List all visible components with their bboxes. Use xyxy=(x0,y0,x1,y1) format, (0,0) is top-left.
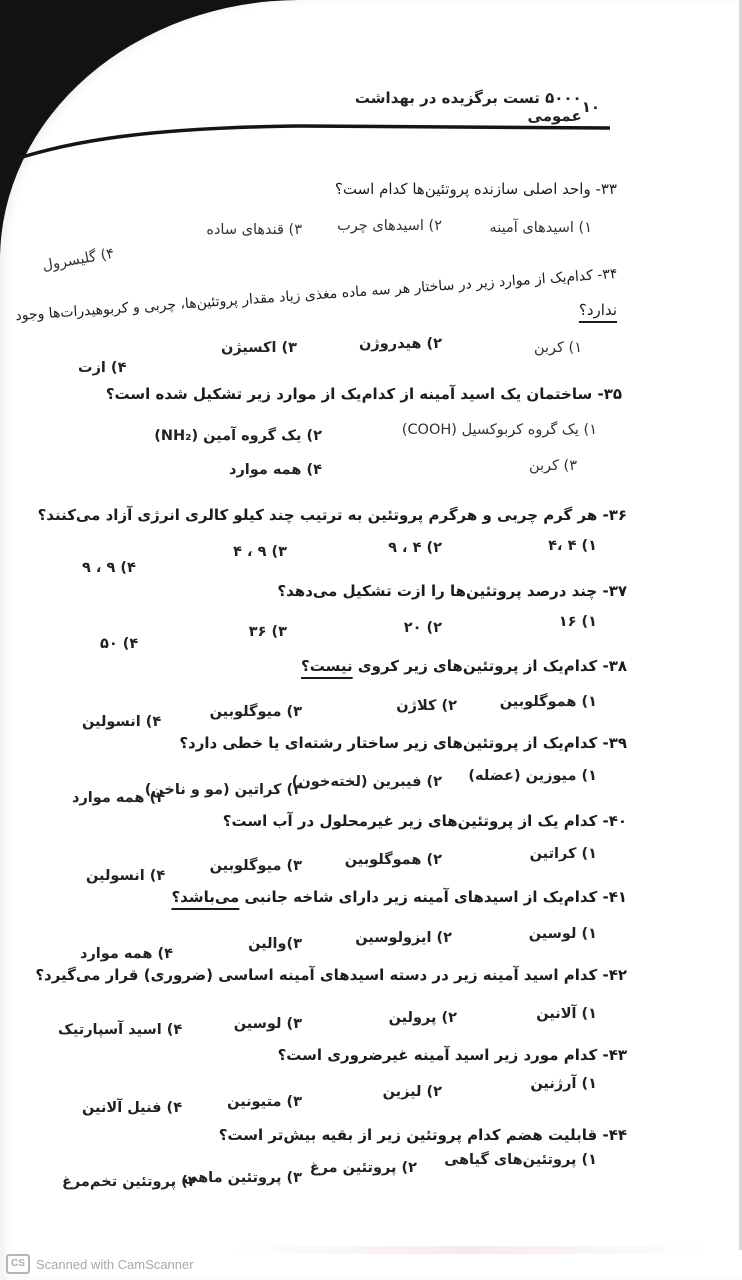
question-emphasis: می‌باشد؟ xyxy=(171,888,239,906)
option-1: ۱) لوسین xyxy=(529,926,597,942)
option-3: ۳)والین xyxy=(248,936,302,952)
option-2: ۲) فیبرین (لخته‌خون) xyxy=(292,774,442,790)
option-2: ۲) هیدروژن xyxy=(359,336,442,352)
option-2: ۲) ایزولوسین xyxy=(355,930,452,946)
option-3: ۳) اکسیژن xyxy=(221,340,297,356)
question-34-continuation: ندارد؟ xyxy=(579,300,617,319)
option-1: ۱) هموگلوبین xyxy=(500,694,597,710)
option-2: ۲) یک گروه آمین (NH₂) xyxy=(154,428,322,444)
option-4: ۴) همه موارد xyxy=(72,790,165,806)
option-1: ۱) ۴ ،۴ xyxy=(548,538,597,554)
question-43: ۴۳- کدام مورد زیر اسید آمینه غیرضروری اس… xyxy=(278,1046,627,1064)
option-1: ۱) کراتین xyxy=(530,846,597,862)
question-44: ۴۴- قابلیت هضم کدام پروتئین زیر از بقیه … xyxy=(219,1126,627,1144)
question-text: ۳۶- هر گرم چربی و هرگرم پروتئین به ترتیب… xyxy=(38,506,627,524)
option-4: ۴) همه موارد xyxy=(229,462,322,478)
question-text-cont: ندارد؟ xyxy=(579,301,617,319)
option-2: ۲) کلاژن xyxy=(396,698,457,714)
option-4: ۴) ۹ ، ۹ xyxy=(82,560,136,576)
question-41: ۴۱- کدام‌یک از اسیدهای آمینه زیر دارای ش… xyxy=(171,888,627,906)
book-title: ۵۰۰۰ تست برگزیده در بهداشت عمومی xyxy=(300,89,582,125)
question-text: ۳۳- واحد اصلی سازنده پروتئین‌ها کدام است… xyxy=(335,180,617,198)
option-4: ۴) اسید آسپارتیک xyxy=(58,1022,182,1038)
option-3: ۳) قندهای ساده xyxy=(206,222,302,238)
option-4: ۴) همه موارد xyxy=(80,946,173,962)
option-3: ۳) متیونین xyxy=(227,1094,302,1110)
scan-artifact xyxy=(230,1246,710,1254)
header-curved-rule xyxy=(0,124,620,164)
option-1: ۱) میوزین (عضله) xyxy=(468,768,597,784)
option-3: ۳) لوسین xyxy=(234,1016,302,1032)
option-3: ۳) میوگلوبین xyxy=(210,858,302,874)
option-1: ۱) آلانین xyxy=(536,1006,597,1022)
option-4: ۴) فنیل آلانین xyxy=(82,1100,182,1116)
question-text: ۴۰- کدام یک از پروتئین‌های زیر غیرمحلول … xyxy=(223,812,627,830)
question-42: ۴۲- کدام اسید آمینه زیر در دسته اسیدهای … xyxy=(35,966,627,984)
option-2: ۲) اسیدهای چرب xyxy=(337,218,442,234)
option-2: ۲) پروتئین مرغ xyxy=(310,1160,417,1176)
option-4: ۴) ۵۰ xyxy=(100,636,138,652)
option-1: ۱) پروتئین‌های گیاهی xyxy=(444,1152,597,1168)
option-2: ۲) هموگلوبین xyxy=(345,852,442,868)
option-2: ۲) ۲۰ xyxy=(404,620,442,636)
watermark-text: Scanned with CamScanner xyxy=(36,1257,194,1272)
question-text: ۳۹- کدام‌یک از پروتئین‌های زیر ساختار رش… xyxy=(179,734,627,752)
option-3: ۳) ۳۶ xyxy=(249,624,287,640)
question-text: ۴۱- کدام‌یک از اسیدهای آمینه زیر دارای ش… xyxy=(239,888,627,906)
option-4: ۴) پروتئین تخم‌مرغ xyxy=(62,1174,197,1190)
option-4: ۴) انسولین xyxy=(86,868,165,884)
option-2: ۲) ۴ ، ۹ xyxy=(388,540,442,556)
option-3: ۳) میوگلوبین xyxy=(210,704,302,720)
option-3: ۳) پروتئین ماهی xyxy=(183,1170,302,1186)
option-1: ۱) آرژنین xyxy=(530,1076,597,1092)
question-36: ۳۶- هر گرم چربی و هرگرم پروتئین به ترتیب… xyxy=(38,506,627,524)
running-header: ۱۰ ۵۰۰۰ تست برگزیده در بهداشت عمومی xyxy=(300,92,600,122)
option-3: ۳) کراتین (مو و ناخن) xyxy=(145,782,302,798)
question-40: ۴۰- کدام یک از پروتئین‌های زیر غیرمحلول … xyxy=(223,812,627,830)
option-3: ۳) ۹ ، ۴ xyxy=(233,544,287,560)
option-3: ۳) کربن xyxy=(529,458,577,474)
question-text: ۴۲- کدام اسید آمینه زیر در دسته اسیدهای … xyxy=(35,966,627,984)
question-33: ۳۳- واحد اصلی سازنده پروتئین‌ها کدام است… xyxy=(335,180,617,198)
page-number: ۱۰ xyxy=(582,98,600,116)
question-text: ۳۸- کدام‌یک از پروتئین‌های زیر کروی xyxy=(353,657,627,675)
option-4: ۴) ازت xyxy=(78,360,126,376)
camscanner-watermark: CS Scanned with CamScanner xyxy=(6,1254,194,1274)
question-text: ۳۵- ساختمان یک اسید آمینه از کدام‌یک از … xyxy=(106,385,622,403)
question-38: ۳۸- کدام‌یک از پروتئین‌های زیر کروی نیست… xyxy=(301,657,627,675)
question-text: ۳۷- چند درصد پروتئین‌ها را ازت تشکیل می‌… xyxy=(277,582,627,600)
option-4: ۴) انسولین xyxy=(82,714,161,730)
question-39: ۳۹- کدام‌یک از پروتئین‌های زیر ساختار رش… xyxy=(179,734,627,752)
question-35: ۳۵- ساختمان یک اسید آمینه از کدام‌یک از … xyxy=(106,385,622,403)
option-1: ۱) کربن xyxy=(534,340,582,356)
option-2: ۲) لیزین xyxy=(383,1084,442,1100)
camscanner-logo-icon: CS xyxy=(6,1254,30,1274)
question-emphasis: نیست؟ xyxy=(301,657,353,675)
option-2: ۲) پرولین xyxy=(389,1010,457,1026)
question-text: ۴۴- قابلیت هضم کدام پروتئین زیر از بقیه … xyxy=(219,1126,627,1144)
option-1: ۱) اسیدهای آمینه xyxy=(489,220,592,236)
option-1: ۱) ۱۶ xyxy=(559,614,597,630)
question-37: ۳۷- چند درصد پروتئین‌ها را ازت تشکیل می‌… xyxy=(277,582,627,600)
option-1: ۱) یک گروه کربوکسیل (COOH) xyxy=(402,422,597,438)
question-text: ۴۳- کدام مورد زیر اسید آمینه غیرضروری اس… xyxy=(278,1046,627,1064)
